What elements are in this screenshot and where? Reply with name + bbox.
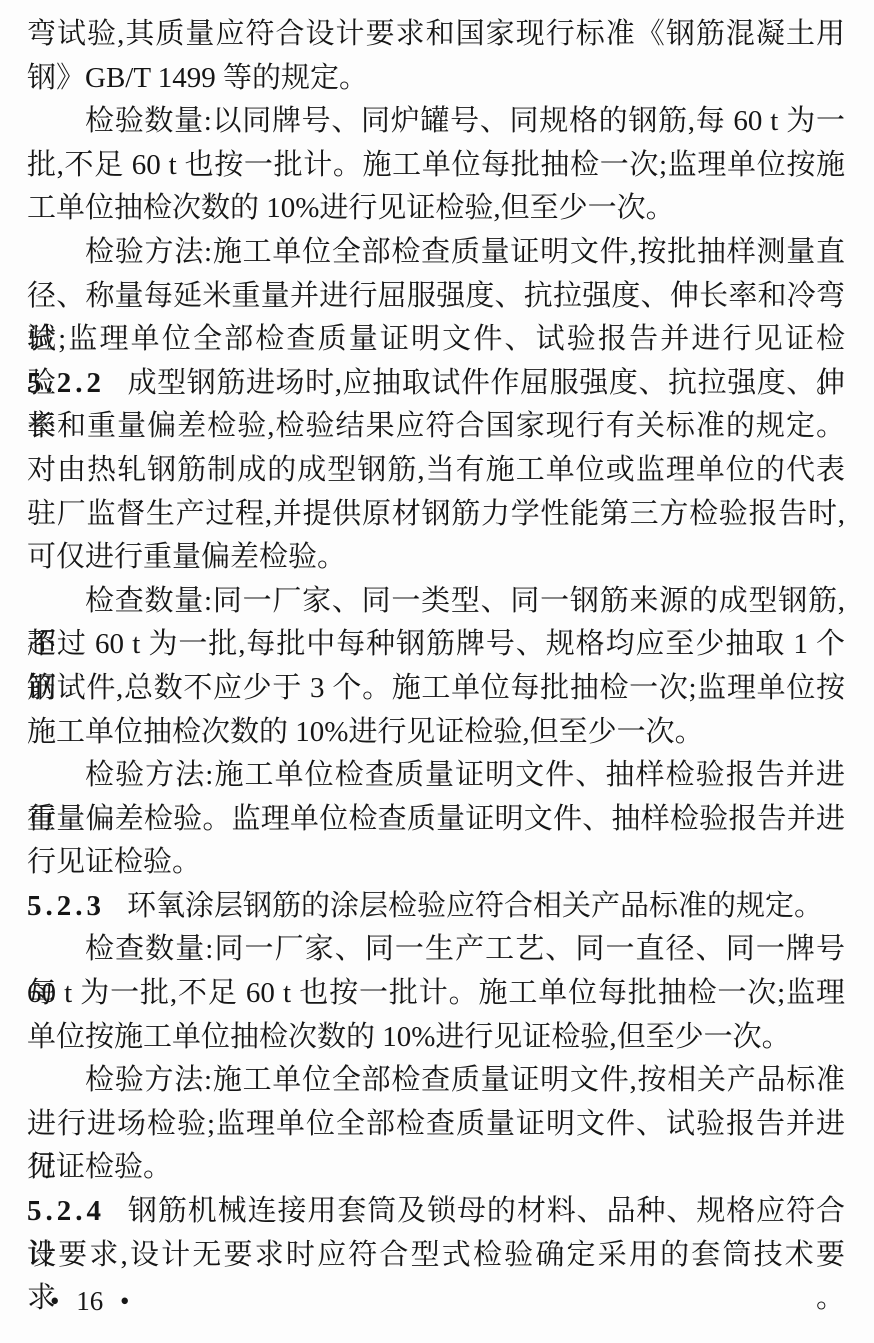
section-line: 5.2.4钢筋机械连接用套筒及锁母的材料、品种、规格应符合设 (27, 1190, 845, 1234)
text-line: 检验方法:施工单位检查质量证明文件、抽样检验报告并进行 (27, 754, 845, 798)
text-line: 率和重量偏差检验,检验结果应符合国家现行有关标准的规定。 (27, 405, 845, 449)
text-line: 可仅进行重量偏差检验。 (27, 536, 845, 580)
section-line: 5.2.2成型钢筋进场时,应抽取试件作屈服强度、抗拉强度、伸长 (27, 362, 845, 406)
section-number: 5.2.2 (27, 367, 105, 399)
text-line: 弯试验,其质量应符合设计要求和国家现行标准《钢筋混凝土用 (27, 13, 845, 57)
text-line: 检查数量:同一厂家、同一生产工艺、同一直径、同一牌号每 (27, 928, 845, 972)
text-line: 对由热轧钢筋制成的成型钢筋,当有施工单位或监理单位的代表 (27, 449, 845, 493)
text-line: 行见证检验。 (27, 841, 845, 885)
text-line: 筋试件,总数不应少于 3 个。施工单位每批抽检一次;监理单位按 (27, 667, 845, 711)
section-number: 5.2.3 (27, 890, 105, 922)
text-line: 检验方法:施工单位全部检查质量证明文件,按相关产品标准 (27, 1059, 845, 1103)
text-line: 驻厂监督生产过程,并提供原材钢筋力学性能第三方检验报告时, (27, 493, 845, 537)
text-line: 施工单位抽检次数的 10%进行见证检验,但至少一次。 (27, 711, 845, 755)
text-block: 弯试验,其质量应符合设计要求和国家现行标准《钢筋混凝土用钢》GB/T 1499 … (27, 13, 845, 1277)
text-line: 检验方法:施工单位全部检查质量证明文件,按批抽样测量直 (27, 231, 845, 275)
text-line: 计要求,设计无要求时应符合型式检验确定采用的套筒技术要求。 (27, 1234, 845, 1278)
text-line: 钢》GB/T 1499 等的规定。 (27, 57, 845, 101)
section-line: 5.2.3环氧涂层钢筋的涂层检验应符合相关产品标准的规定。 (27, 885, 845, 929)
text-line: 60 t 为一批,不足 60 t 也按一批计。施工单位每批抽检一次;监理 (27, 972, 845, 1016)
text-line: 单位按施工单位抽检次数的 10%进行见证检验,但至少一次。 (27, 1016, 845, 1060)
text-line: 工单位抽检次数的 10%进行见证检验,但至少一次。 (27, 187, 845, 231)
text-line: 超过 60 t 为一批,每批中每种钢筋牌号、规格均应至少抽取 1 个钢 (27, 623, 845, 667)
document-page: 弯试验,其质量应符合设计要求和国家现行标准《钢筋混凝土用钢》GB/T 1499 … (0, 0, 874, 1343)
text-line: 检查数量:同一厂家、同一类型、同一钢筋来源的成型钢筋,不 (27, 580, 845, 624)
text-line: 见证检验。 (27, 1146, 845, 1190)
text-line: 进行进场检验;监理单位全部检查质量证明文件、试验报告并进行 (27, 1103, 845, 1147)
page-number: • 16 • (50, 1279, 129, 1323)
section-number: 5.2.4 (27, 1195, 105, 1227)
text-line: 重量偏差检验。监理单位检查质量证明文件、抽样检验报告并进 (27, 798, 845, 842)
text-line: 验;监理单位全部检查质量证明文件、试验报告并进行见证检验。 (27, 318, 845, 362)
text-line: 径、称量每延米重量并进行屈服强度、抗拉强度、伸长率和冷弯试 (27, 275, 845, 319)
text-line: 检验数量:以同牌号、同炉罐号、同规格的钢筋,每 60 t 为一 (27, 100, 845, 144)
text-line: 批,不足 60 t 也按一批计。施工单位每批抽检一次;监理单位按施 (27, 144, 845, 188)
